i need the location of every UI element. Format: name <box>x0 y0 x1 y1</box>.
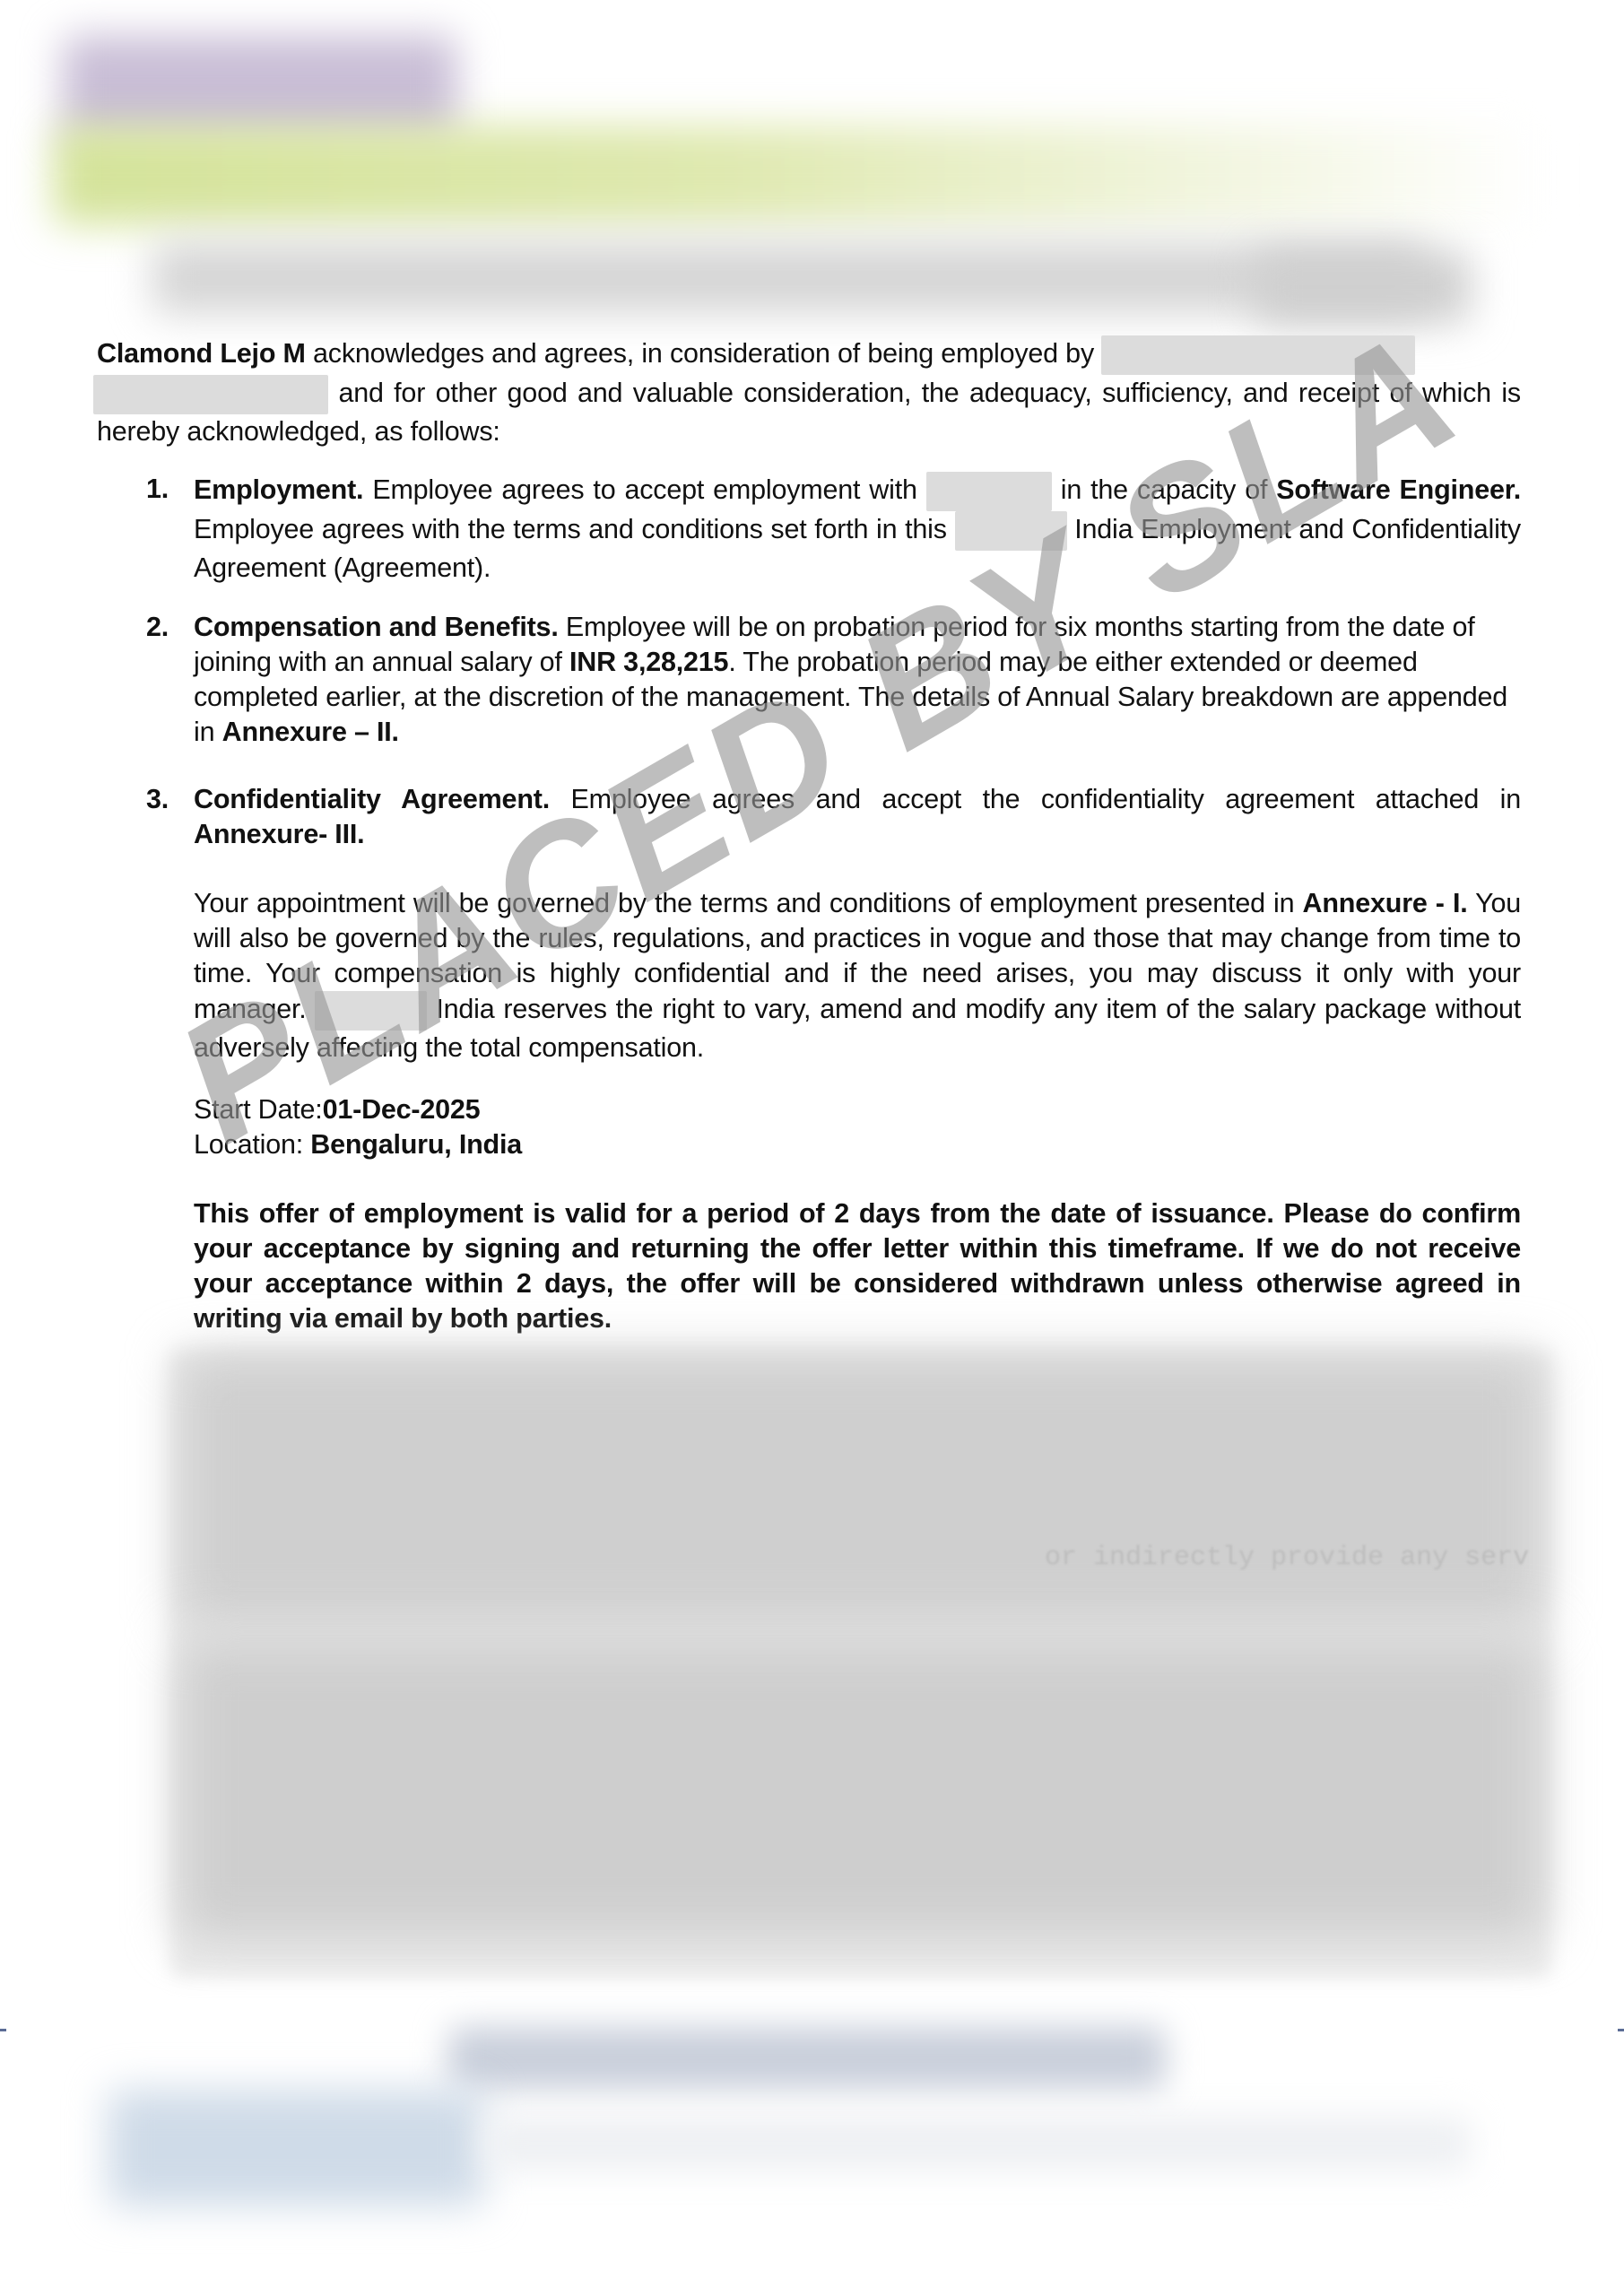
page-edge-mark <box>0 2029 6 2031</box>
validity-notice: This offer of employment is valid for a … <box>194 1196 1521 1336</box>
start-date: 01-Dec-2025 <box>323 1094 481 1125</box>
company-name-redacted <box>315 991 427 1031</box>
start-date-label: Start Date: <box>194 1094 323 1125</box>
start-info: Start Date:01-Dec-2025 Location: Bengalu… <box>194 1092 1090 1162</box>
clause-text: Employee agrees with the terms and condi… <box>194 514 955 544</box>
clause-text: in the capacity of <box>1052 474 1277 505</box>
location-label: Location: <box>194 1129 310 1160</box>
company-name-redacted <box>93 375 328 414</box>
redacted-paragraph <box>179 1641 1542 1937</box>
clause-number: 3. <box>146 782 169 817</box>
redacted-text-fragment: or indirectly provide any serv <box>1045 1543 1529 1573</box>
clause-number: 2. <box>146 610 169 645</box>
annexure-reference: Annexure – II. <box>222 717 399 747</box>
job-title: Software Engineer. <box>1276 474 1521 505</box>
clause-text: Employee agrees and accept the confident… <box>550 784 1521 814</box>
location: Bengaluru, India <box>310 1129 522 1160</box>
intro-paragraph: Clamond Lejo M acknowledges and agrees, … <box>97 335 1521 449</box>
page-edge-mark <box>1618 2029 1624 2031</box>
appointment-paragraph: Your appointment will be governed by the… <box>194 886 1521 1065</box>
letterhead-date-redacted <box>1255 251 1471 323</box>
letterhead-text-redacted <box>152 242 1426 314</box>
footer-text-redacted <box>448 2027 1166 2090</box>
letterhead-band-redacted <box>54 126 1542 224</box>
company-name-redacted <box>1101 335 1415 375</box>
clause-heading: Employment. <box>194 474 363 505</box>
clause-number: 1. <box>146 472 169 507</box>
footer-address-redacted <box>484 2117 1471 2170</box>
paragraph-text: Your appointment will be governed by the… <box>194 888 1303 918</box>
clause-heading: Confidentiality Agreement. <box>194 784 550 814</box>
annual-salary: INR 3,28,215 <box>569 647 728 677</box>
clause-text: Employee agrees to accept employment wit… <box>363 474 925 505</box>
annexure-reference: Annexure- III. <box>194 819 364 849</box>
company-name-redacted <box>926 472 1052 511</box>
redacted-paragraph <box>179 1354 1542 1623</box>
annexure-reference: Annexure - I. <box>1303 888 1468 918</box>
footer-logo-redacted <box>108 2090 484 2206</box>
company-name-redacted <box>955 511 1067 551</box>
clause-heading: Compensation and Benefits. <box>194 612 559 642</box>
intro-text: acknowledges and agrees, in consideratio… <box>306 338 1094 369</box>
employee-name: Clamond Lejo M <box>97 338 306 369</box>
